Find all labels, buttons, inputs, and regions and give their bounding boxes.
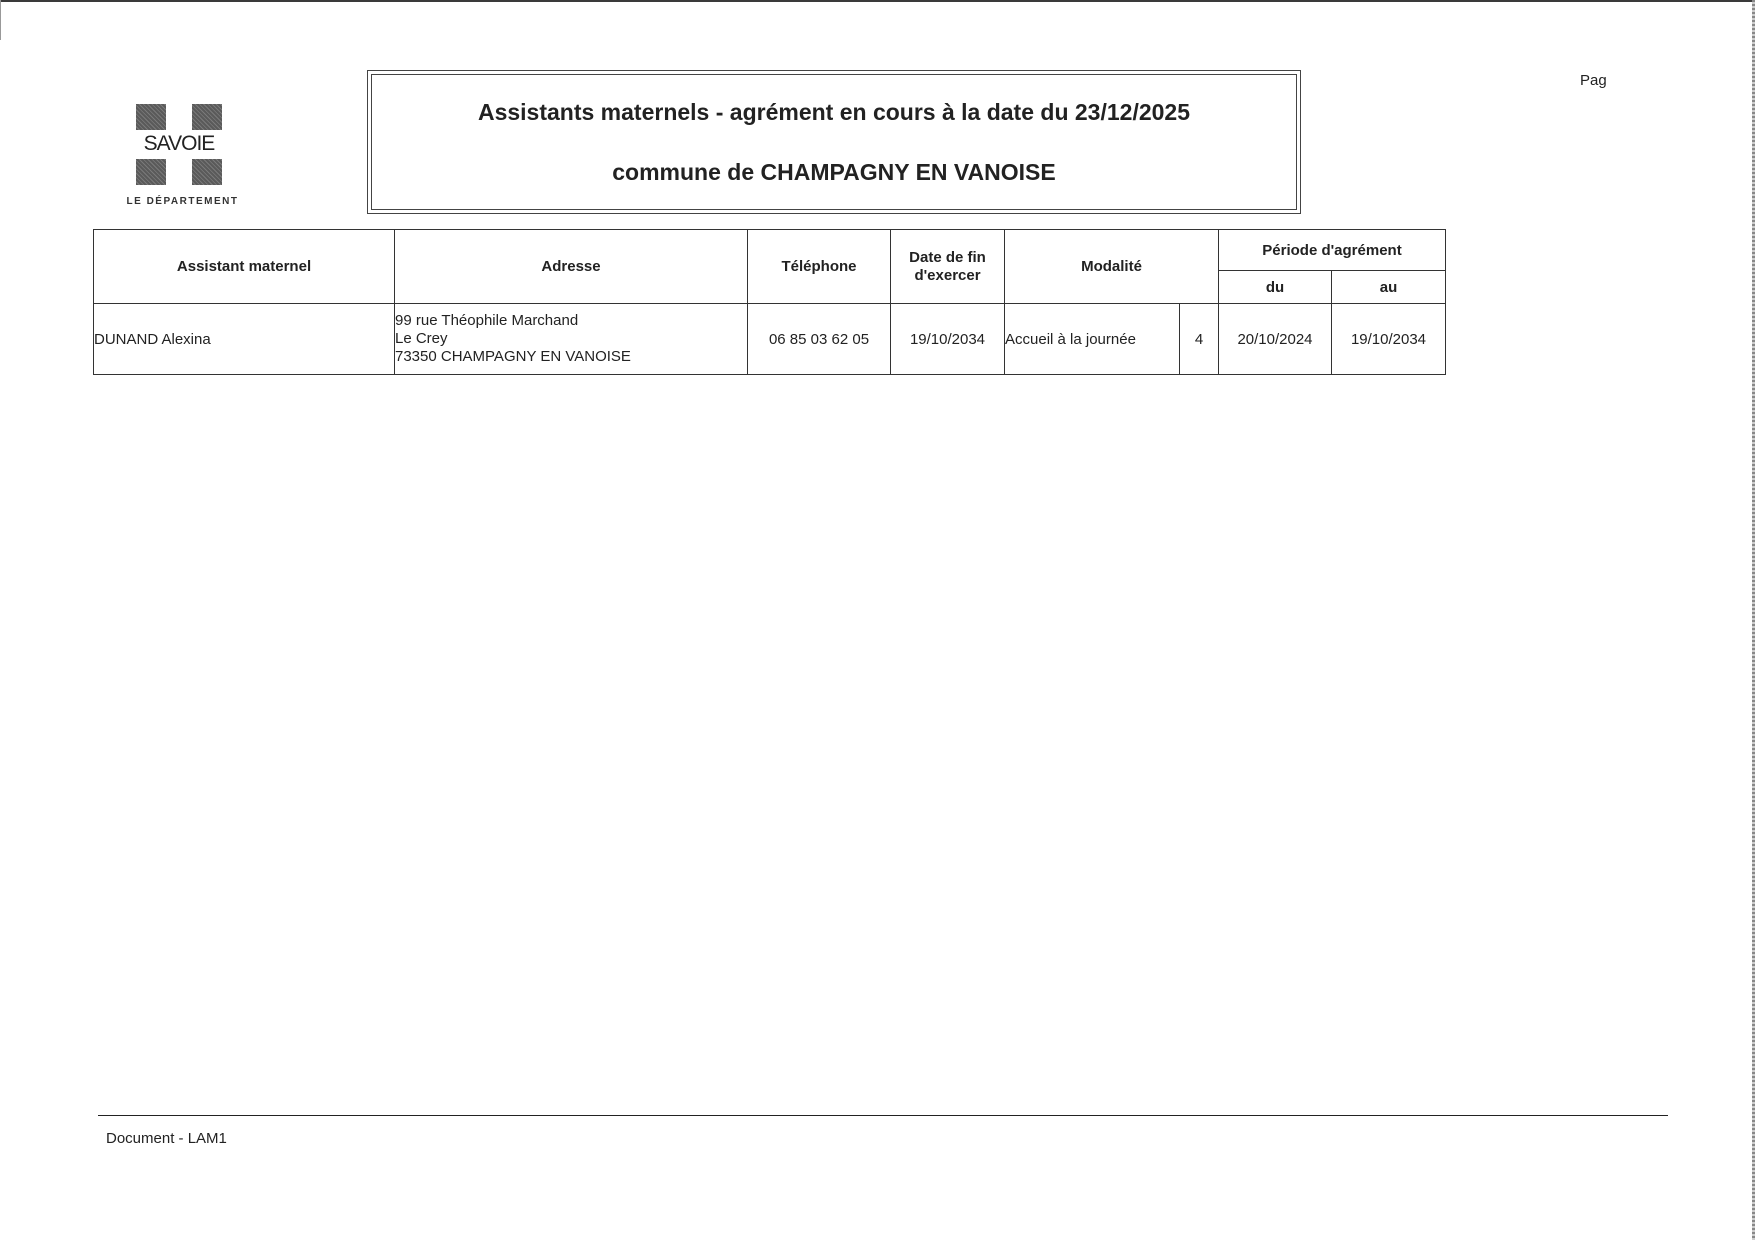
header-from: du <box>1219 271 1332 304</box>
cell-end-date: 19/10/2034 <box>891 304 1005 375</box>
page-label: Pag <box>1580 72 1607 89</box>
logo-square-icon <box>192 104 222 130</box>
header-end-date: Date de fin d'exercer <box>891 230 1005 304</box>
address-city: 73350 CHAMPAGNY EN VANOISE <box>395 348 747 366</box>
title-box-inner-border <box>371 74 1297 210</box>
header-phone: Téléphone <box>748 230 891 304</box>
logo-square-icon <box>192 159 222 185</box>
agrement-table: Assistant maternel Adresse Téléphone Dat… <box>93 229 1446 375</box>
cell-phone: 06 85 03 62 05 <box>748 304 891 375</box>
header-modality: Modalité <box>1005 230 1219 304</box>
cell-capacity: 4 <box>1180 304 1219 375</box>
header-address: Adresse <box>395 230 748 304</box>
cell-from: 20/10/2024 <box>1219 304 1332 375</box>
logo-name: SAVOIE <box>120 132 238 156</box>
table-row: DUNAND Alexina 99 rue Théophile Marchand… <box>94 304 1446 375</box>
logo-square-icon <box>136 104 166 130</box>
address-street: 99 rue Théophile Marchand <box>395 312 747 330</box>
cell-name: DUNAND Alexina <box>94 304 395 375</box>
commune-title: commune de CHAMPAGNY EN VANOISE <box>368 159 1300 186</box>
footer-divider <box>98 1115 1668 1116</box>
cell-address: 99 rue Théophile Marchand Le Crey 73350 … <box>395 304 748 375</box>
footer-document-id: Document - LAM1 <box>106 1130 227 1147</box>
logo-square-icon <box>136 159 166 185</box>
savoie-logo: SAVOIE LE DÉPARTEMENT <box>120 104 245 214</box>
cell-modality: Accueil à la journée <box>1005 304 1180 375</box>
address-locality: Le Crey <box>395 330 747 348</box>
scan-edge-left <box>0 0 1 40</box>
scan-edge-top <box>0 0 1755 2</box>
logo-subtitle: LE DÉPARTEMENT <box>120 196 245 207</box>
header-end-date-label: Date de fin d'exercer <box>908 249 988 285</box>
header-period: Période d'agrément <box>1219 230 1446 271</box>
table-header-row: Assistant maternel Adresse Téléphone Dat… <box>94 230 1446 271</box>
title-box: Assistants maternels - agrément en cours… <box>367 70 1301 214</box>
header-to: au <box>1332 271 1446 304</box>
document-title: Assistants maternels - agrément en cours… <box>368 99 1300 126</box>
cell-to: 19/10/2034 <box>1332 304 1446 375</box>
header-assistant: Assistant maternel <box>94 230 395 304</box>
